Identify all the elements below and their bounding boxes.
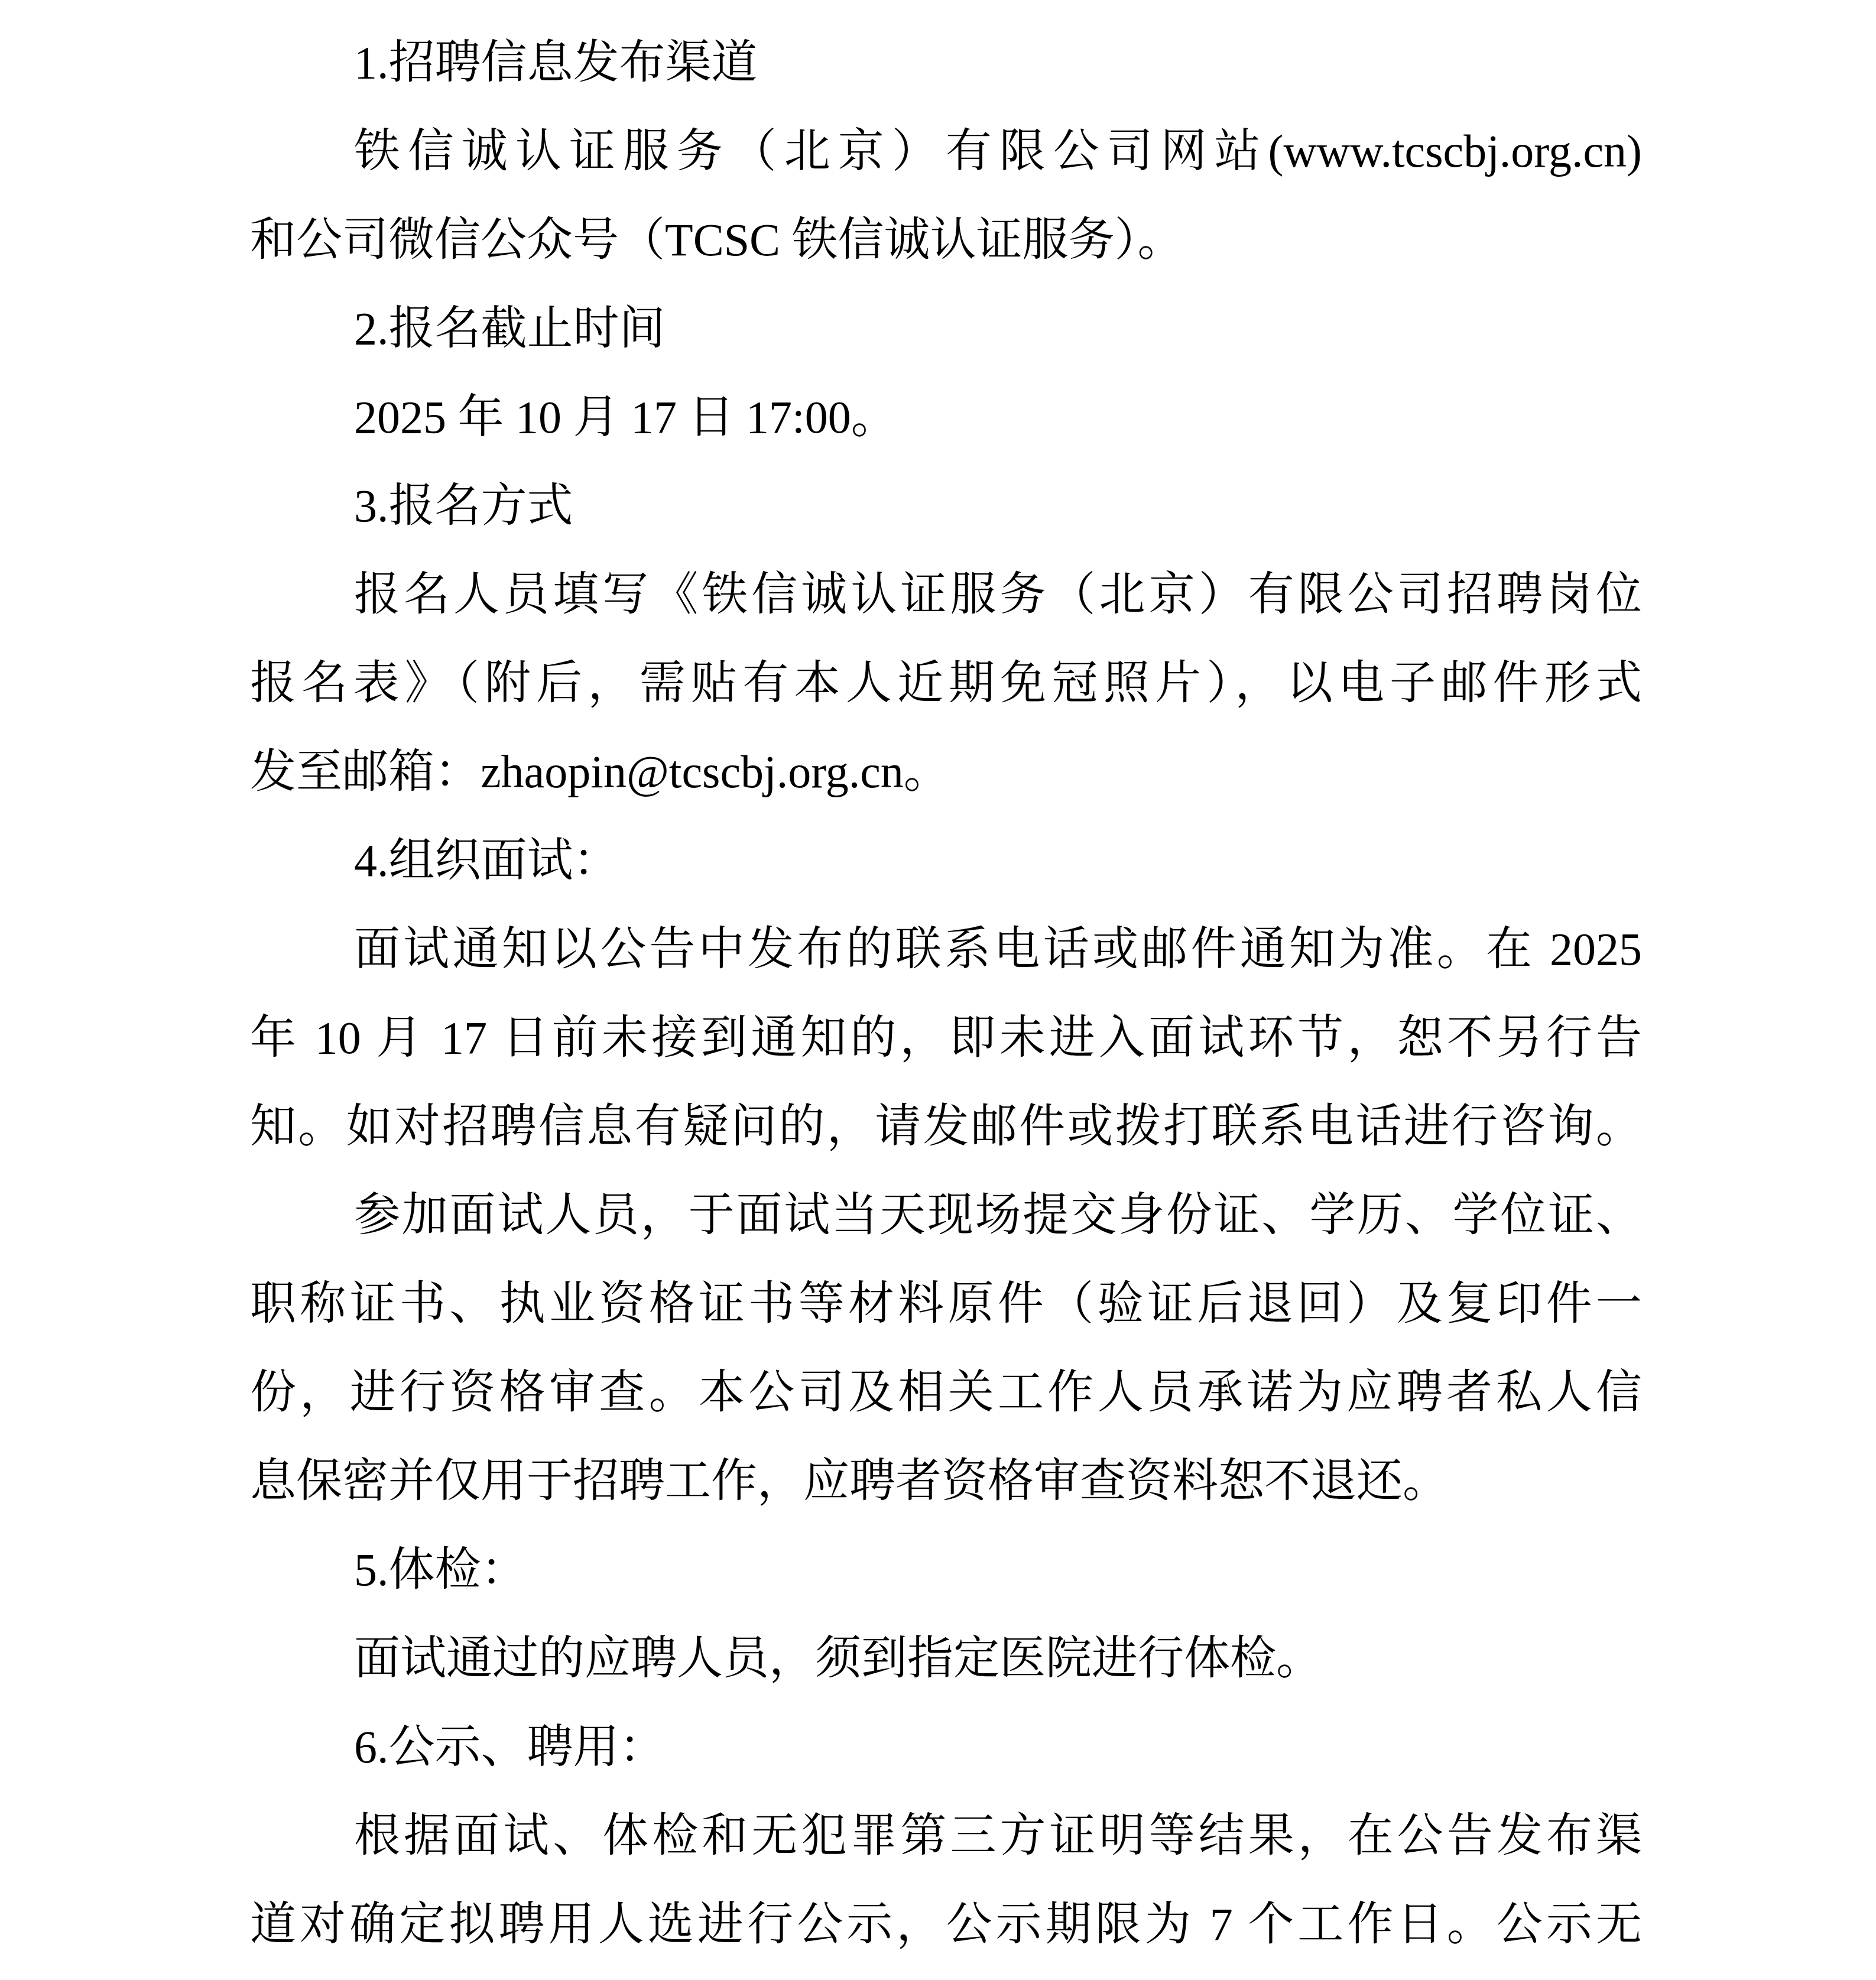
text-line: 和公司微信公众号（TCSC 铁信诚认证服务）。	[250, 196, 1642, 284]
text-line: 息保密并仅用于招聘工作，应聘者资格审查资料恕不退还。	[250, 1437, 1642, 1525]
text-line: 2.报名截止时间	[250, 284, 1642, 373]
text-line: 根据面试、体检和无犯罪第三方证明等结果，在公告发布渠	[250, 1791, 1642, 1880]
text-line: 报名人员填写《铁信诚认证服务（北京）有限公司招聘岗位	[250, 550, 1642, 639]
text-line: 面试通过的应聘人员，须到指定医院进行体检。	[250, 1614, 1642, 1703]
text-line: 职称证书、执业资格证书等材料原件（验证后退回）及复印件一	[250, 1260, 1642, 1348]
text-line: 2025 年 10 月 17 日 17:00。	[250, 373, 1642, 462]
text-line: 知。如对招聘信息有疑问的，请发邮件或拨打联系电话进行咨询。	[250, 1082, 1642, 1171]
text-line: 参加面试人员，于面试当天现场提交身份证、学历、学位证、	[250, 1171, 1642, 1260]
text-line: 道对确定拟聘用人选进行公示，公示期限为 7 个工作日。公示无	[250, 1880, 1642, 1969]
text-line: 铁信诚认证服务（北京）有限公司网站(www.tcscbj.org.cn)	[250, 107, 1642, 196]
document-page: 1.招聘信息发布渠道铁信诚认证服务（北京）有限公司网站(www.tcscbj.o…	[0, 0, 1876, 1980]
text-line: 报名表》（附后，需贴有本人近期免冠照片），以电子邮件形式	[250, 639, 1642, 728]
text-line: 5.体检：	[250, 1525, 1642, 1614]
text-line: 3.报名方式	[250, 462, 1642, 550]
text-line: 6.公示、聘用：	[250, 1703, 1642, 1791]
text-line: 面试通知以公告中发布的联系电话或邮件通知为准。在 2025	[250, 905, 1642, 994]
document-body: 1.招聘信息发布渠道铁信诚认证服务（北京）有限公司网站(www.tcscbj.o…	[250, 18, 1642, 1969]
text-line: 1.招聘信息发布渠道	[250, 18, 1642, 107]
text-line: 4.组织面试：	[250, 816, 1642, 905]
text-line: 发至邮箱：zhaopin@tcscbj.org.cn。	[250, 728, 1642, 816]
text-line: 份，进行资格审查。本公司及相关工作人员承诺为应聘者私人信	[250, 1348, 1642, 1437]
text-line: 年 10 月 17 日前未接到通知的，即未进入面试环节，恕不另行告	[250, 994, 1642, 1082]
